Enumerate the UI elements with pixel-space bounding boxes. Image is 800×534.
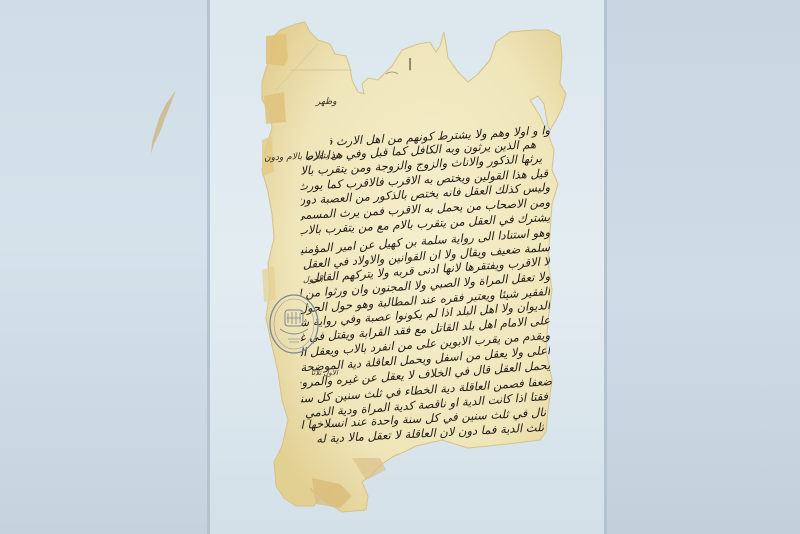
page-marker: | <box>408 56 412 70</box>
margin-note: الحول <box>303 275 323 284</box>
margin-note: الاول ثلاثا <box>311 369 338 377</box>
margin-note: وظهر <box>316 97 337 107</box>
seal-stamp-icon <box>268 293 320 355</box>
